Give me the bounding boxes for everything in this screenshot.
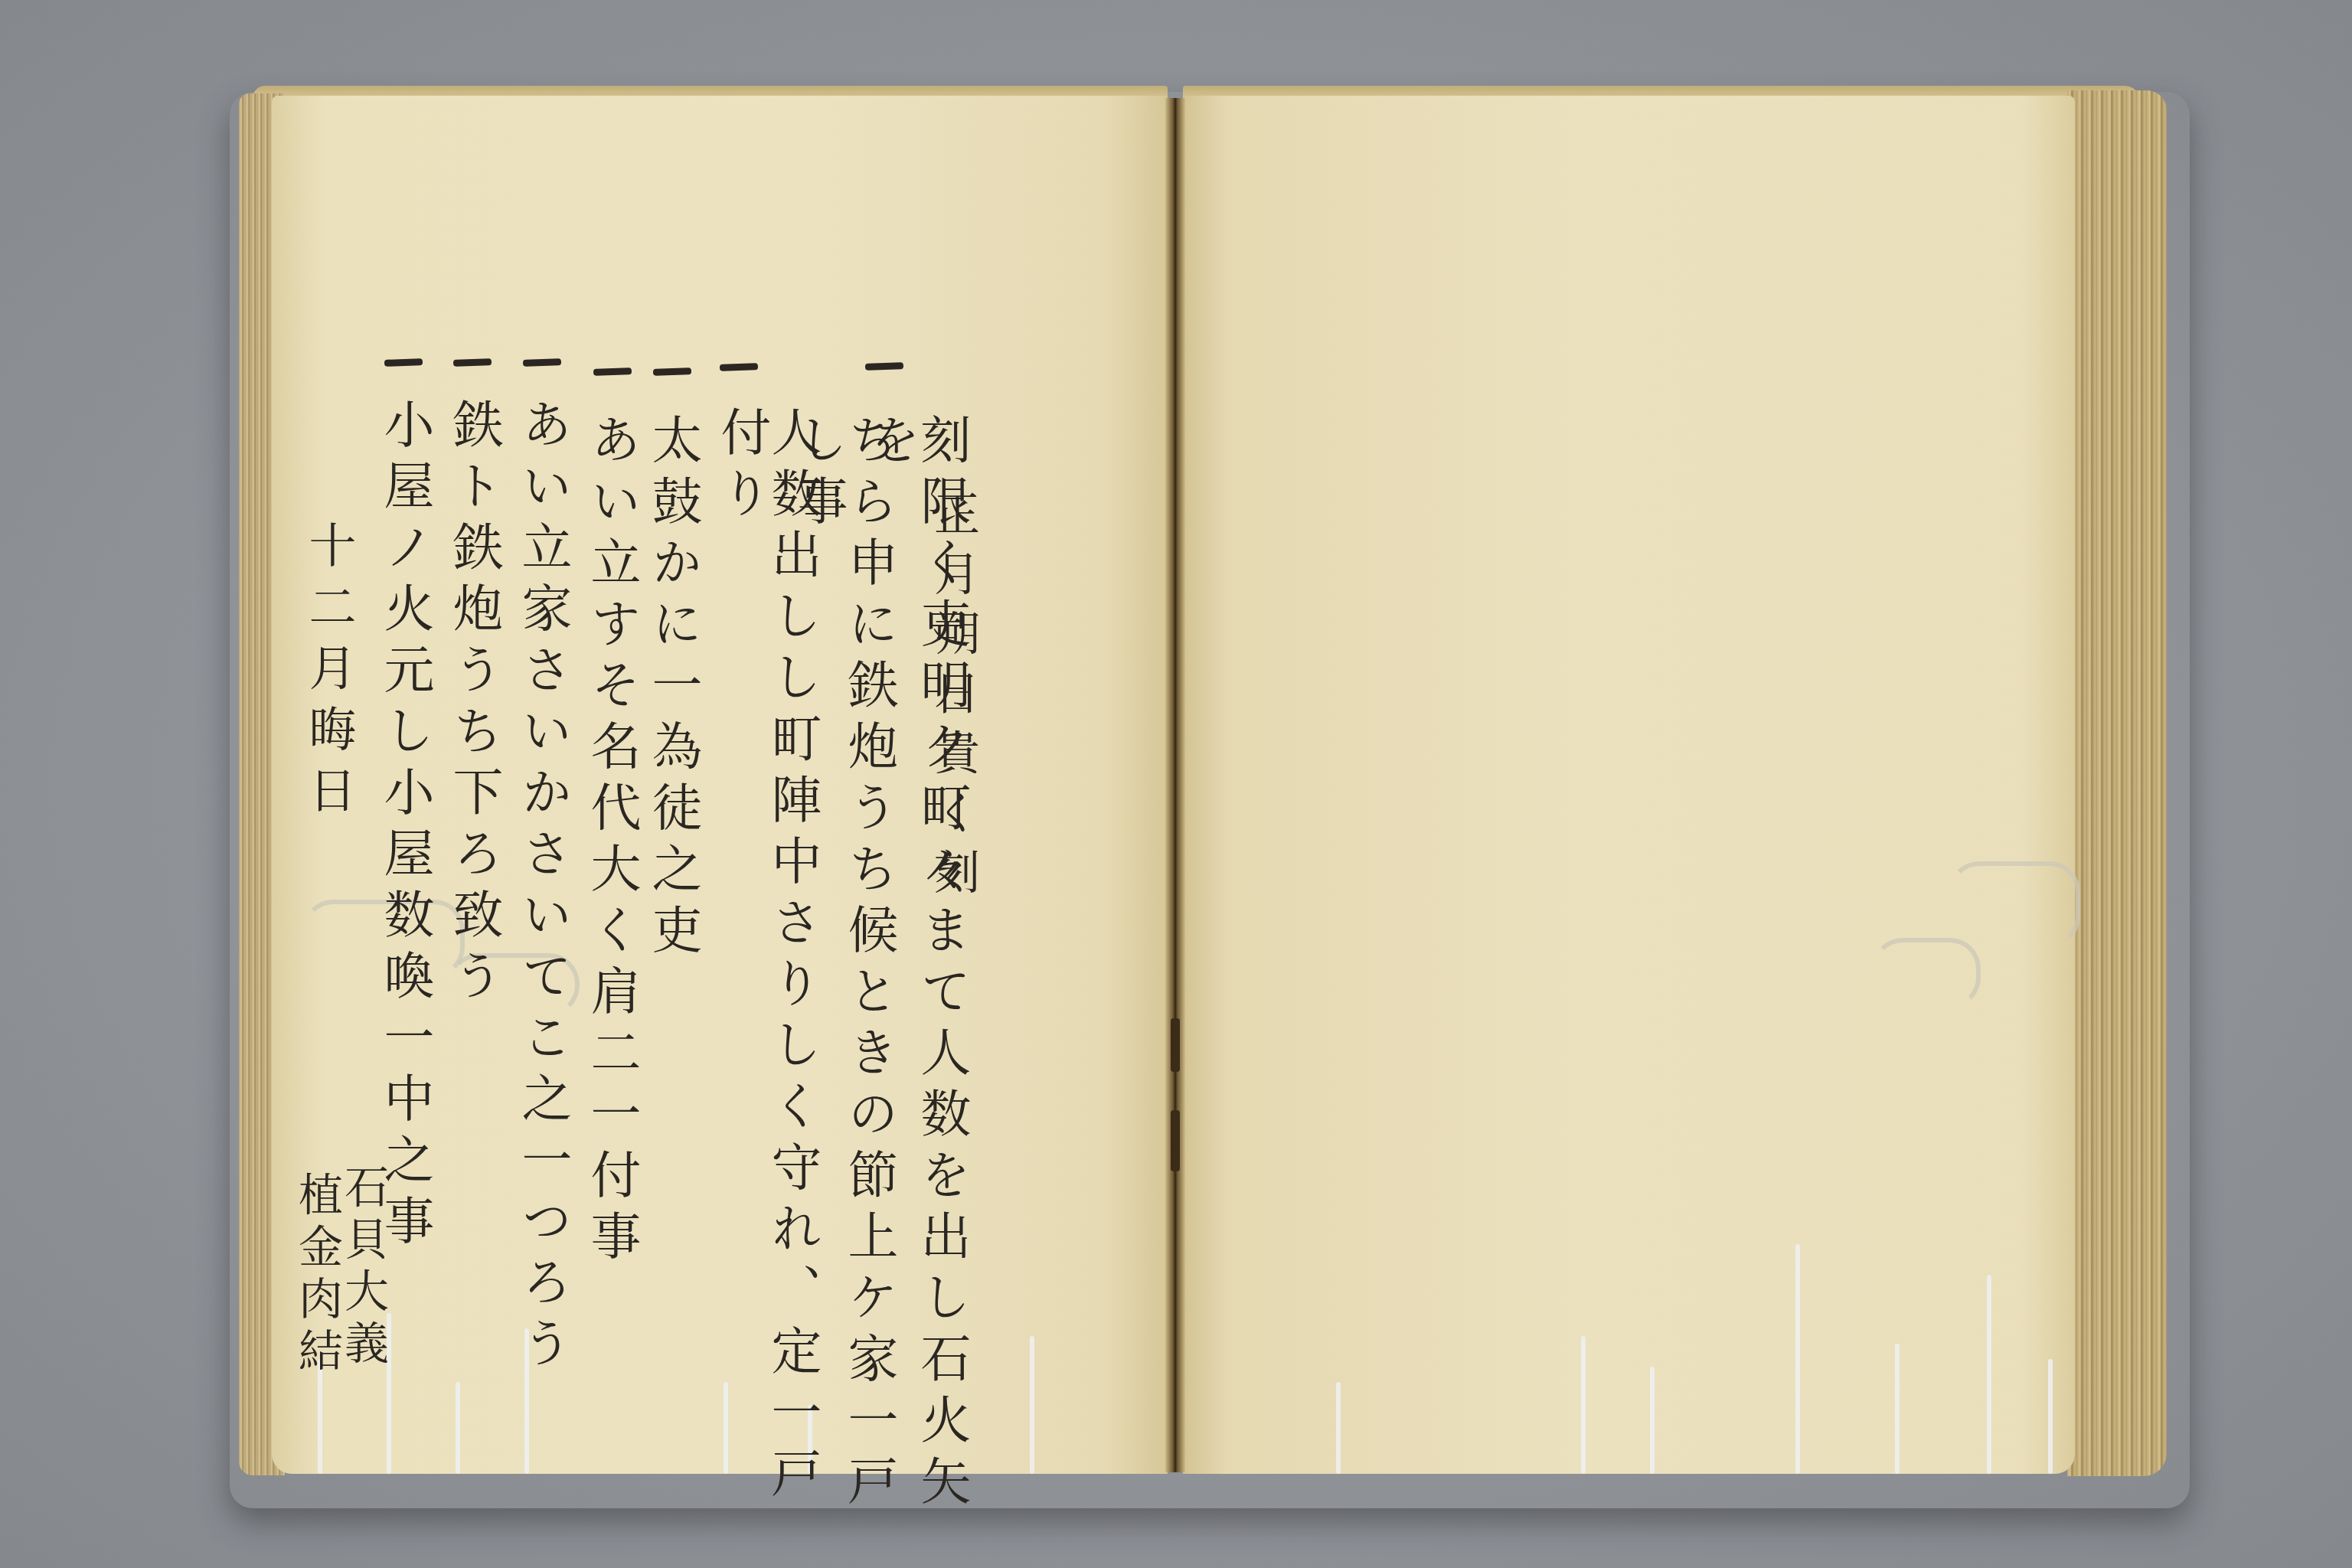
- item-mark: [865, 362, 903, 371]
- signature-2: 植金肉結: [295, 1171, 339, 1380]
- item-5-text: あい立家さいかさいてこ之一つろう: [517, 398, 567, 1378]
- item-2-text: 人数出しし町陣中さりしく守れ、定一戸付り: [716, 406, 817, 1568]
- paper-damage: [1895, 1344, 1900, 1474]
- item-mark: [384, 358, 423, 367]
- item-4-text: あい立すそ名代大く肩二一付事: [586, 413, 636, 1271]
- water-stain: [1949, 861, 2080, 947]
- item-6-text: 鉄ト鉄炮うち下ろ致う: [448, 398, 498, 1011]
- binding-thread: [1171, 1018, 1180, 1072]
- item-mark: [453, 358, 492, 367]
- paper-damage: [1581, 1336, 1586, 1474]
- paper-damage: [1987, 1275, 1991, 1474]
- item-mark: [720, 363, 758, 371]
- date-text: 十二月晦日: [305, 521, 352, 827]
- right-page-stack-edge: [2067, 90, 2167, 1476]
- right-page: [1183, 96, 2075, 1474]
- binding-thread: [1171, 1110, 1180, 1171]
- item-mark: [593, 367, 632, 376]
- paper-damage: [456, 1382, 460, 1474]
- item-3-text: 太鼓かに一為徒之吏: [647, 413, 697, 965]
- book-spine-gutter: [1165, 98, 1185, 1472]
- item-7-text: 小屋ノ火元し小屋数喚一中之事: [379, 398, 430, 1256]
- paper-damage: [1336, 1382, 1341, 1474]
- paper-damage: [1650, 1367, 1655, 1474]
- item-mark: [523, 358, 561, 367]
- paper-damage: [1030, 1336, 1034, 1474]
- paper-damage: [1795, 1244, 1800, 1474]
- item-mark: [653, 367, 691, 376]
- paper-damage: [2048, 1359, 2053, 1474]
- signature-1: 石貝大義: [341, 1164, 385, 1372]
- water-stain: [1872, 938, 1981, 1008]
